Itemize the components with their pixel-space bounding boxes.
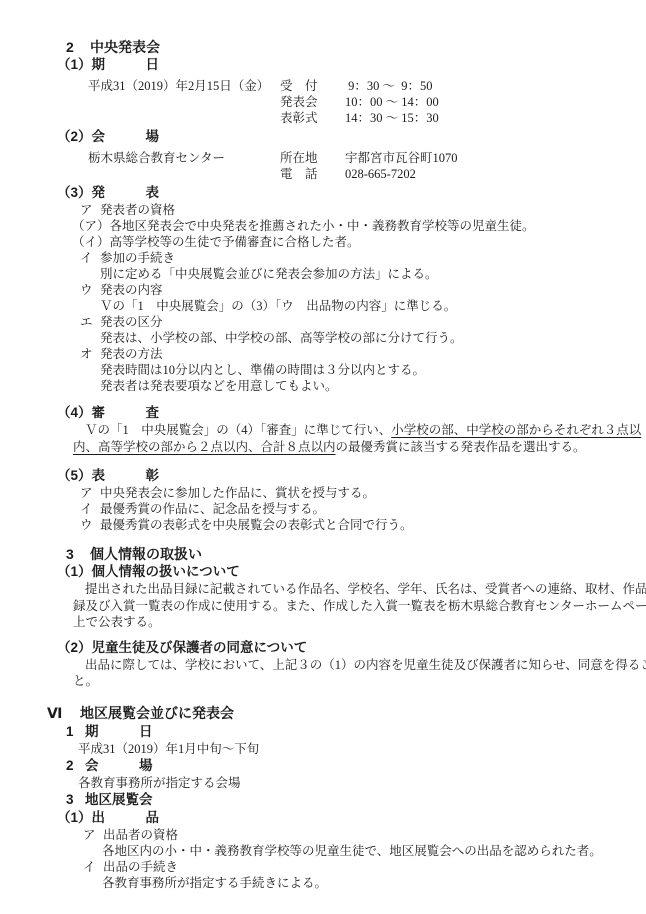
subitem-highschool-students: （イ）高等学校等の生徒で予備審査に合格した者。 bbox=[0, 234, 646, 250]
item-label: オ bbox=[80, 346, 100, 362]
district-heading-venue: 2会 場 bbox=[0, 757, 646, 775]
heading-title: 期 日 bbox=[85, 724, 153, 739]
consent-line-1: 出品に際しては、学校において、上記３の（1）の内容を児童生徒及び保護者に知らせ、… bbox=[73, 657, 646, 674]
commendation-item-souvenir: イ最優秀賞の作品に、記念品を授与する。 bbox=[0, 501, 646, 517]
entry-procedure-body: 各教育事務所が指定する手続きによる。 bbox=[0, 875, 646, 891]
heading-title: 地区展覧会 bbox=[85, 792, 153, 807]
screening-line-2: 内、高等学校の部から２点以内、合計８点以内の最優秀賞に該当する発表作品を選出する… bbox=[73, 439, 646, 456]
period-label-award: 表彰式 bbox=[280, 110, 345, 126]
heading-consent: （2）児童生徒及び保護者の同意について bbox=[0, 639, 646, 657]
consent-paragraph: 出品に際しては、学校において、上記３の（1）の内容を児童生徒及び保護者に知らせ、… bbox=[0, 657, 646, 690]
venue-name: 栃木県総合教育センター bbox=[88, 150, 280, 166]
venue-address: 宇都宮市瓦谷町1070 bbox=[345, 150, 458, 166]
entry-item-qualification: ア出品者の資格 bbox=[0, 827, 646, 843]
item-text: 最優秀賞の表彰式を中央展覧会の表彰式と合同で行う。 bbox=[100, 518, 413, 532]
consent-line-2: と。 bbox=[73, 673, 646, 690]
item-presentation-method: オ発表の方法 bbox=[0, 346, 646, 362]
item-text: 出品者の資格 bbox=[103, 828, 178, 842]
plain-text: Ｖの「1 中央展覧会」の（4）「審査」に準じて行い、 bbox=[85, 423, 391, 437]
screening-paragraph: Ｖの「1 中央展覧会」の（4）「審査」に準じて行い、小学校の部、中学校の部からそ… bbox=[0, 422, 646, 455]
personal-info-paragraph: 提出された出品目録に記載されている作品名、学校名、学年、氏名は、受賞者への連絡、… bbox=[0, 581, 646, 631]
period-row-presentation: 発表会 10：00 ～ 14：00 bbox=[0, 94, 646, 110]
heading-number: 3 bbox=[66, 545, 90, 563]
item-label: イ bbox=[80, 250, 100, 266]
district-heading-period: 1期 日 bbox=[0, 723, 646, 741]
item-label: ウ bbox=[80, 517, 100, 533]
heading-personal-info: 3個人情報の取扱い bbox=[0, 545, 646, 563]
item-label: ウ bbox=[80, 282, 100, 298]
heading-number: Ⅵ bbox=[47, 703, 80, 723]
venue-row-phone: 電 話 028-665-7202 bbox=[0, 166, 646, 182]
item-text: 発表の方法 bbox=[100, 347, 163, 361]
spacer bbox=[88, 166, 280, 182]
heading-number: 3 bbox=[66, 791, 85, 809]
personal-info-line-3: 上で公表する。 bbox=[73, 614, 646, 631]
item-text: 中央発表会に参加した作品に、賞状を授与する。 bbox=[100, 486, 375, 500]
period-row-reception: 平成31（2019）年2月15日（金） 受 付 9：30 ～ 9：50 bbox=[0, 78, 646, 94]
heading-number: 1 bbox=[66, 723, 85, 741]
personal-info-line-1: 提出された出品目録に記載されている作品名、学校名、学年、氏名は、受賞者への連絡、… bbox=[73, 581, 646, 598]
heading-number: 2 bbox=[66, 38, 90, 56]
item-label: ア bbox=[80, 202, 100, 218]
item-participation-procedure: イ参加の手続き bbox=[0, 250, 646, 266]
body-presentation-division: 発表は、小学校の部、中学校の部、高等学校の部に分けて行う。 bbox=[0, 330, 646, 346]
district-heading-exhibition: 3地区展覧会 bbox=[0, 791, 646, 809]
heading-period: （1）期 日 bbox=[0, 56, 646, 74]
heading-screening: （4）審 査 bbox=[0, 404, 646, 422]
body-presentation-time: 発表時間は10分以内とし、準備の時間は３分以内とする。 bbox=[0, 362, 646, 378]
document-page: 2中央発表会 （1）期 日 平成31（2019）年2月15日（金） 受 付 9：… bbox=[0, 0, 646, 914]
item-label: イ bbox=[80, 501, 100, 517]
entry-qualification-body: 各地区内の小・中・義務教育学校等の児童生徒で、地区展覧会への出品を認められた者。 bbox=[0, 843, 646, 859]
heading-central-presentation: 2中央発表会 bbox=[0, 38, 646, 56]
item-presentation-content: ウ発表の内容 bbox=[0, 282, 646, 298]
venue-phone: 028-665-7202 bbox=[345, 166, 416, 182]
period-time-award: 14：30 ～ 15：30 bbox=[345, 110, 439, 126]
entry-item-procedure: イ出品の手続き bbox=[0, 859, 646, 875]
item-presentation-division: エ発表の区分 bbox=[0, 314, 646, 330]
heading-entry: （1）出 品 bbox=[0, 809, 646, 827]
commendation-item-joint-ceremony: ウ最優秀賞の表彰式を中央展覧会の表彰式と合同で行う。 bbox=[0, 517, 646, 533]
district-venue: 各教育事務所が指定する会場 bbox=[0, 775, 646, 791]
period-label-reception: 受 付 bbox=[280, 78, 345, 94]
period-label-presentation: 発表会 bbox=[280, 94, 345, 110]
screening-line-1: Ｖの「1 中央展覧会」の（4）「審査」に準じて行い、小学校の部、中学校の部からそ… bbox=[73, 422, 646, 439]
heading-venue: （2）会 場 bbox=[0, 128, 646, 146]
subitem-recommended-students: （ア）各地区発表会で中央発表を推薦された小・中・義務教育学校等の児童生徒。 bbox=[0, 218, 646, 234]
heading-title: 中央発表会 bbox=[90, 39, 160, 55]
period-date: 平成31（2019）年2月15日（金） bbox=[88, 78, 280, 94]
heading-presentation: （3）発 表 bbox=[0, 184, 646, 202]
spacer bbox=[88, 110, 280, 126]
item-text: 発表の区分 bbox=[100, 315, 163, 329]
body-presentation-handout: 発表者は発表要項などを用意してもよい。 bbox=[0, 378, 646, 394]
spacer bbox=[88, 94, 280, 110]
body-presentation-content: Ｖの「1 中央展覧会」の（3）「ウ 出品物の内容」に準じる。 bbox=[0, 298, 646, 314]
venue-row-address: 栃木県総合教育センター 所在地 宇都宮市瓦谷町1070 bbox=[0, 150, 646, 166]
venue-label-phone: 電 話 bbox=[280, 166, 345, 182]
period-time-presentation: 10：00 ～ 14：00 bbox=[345, 94, 439, 110]
heading-title: 会 場 bbox=[85, 758, 153, 773]
item-label: ア bbox=[83, 827, 103, 843]
item-label: イ bbox=[83, 859, 103, 875]
heading-commendation: （5）表 彰 bbox=[0, 467, 646, 485]
personal-info-line-2: 録及び入賞一覧表の作成に使用する。また、作成した入賞一覧表を栃木県総合教育センタ… bbox=[73, 598, 646, 615]
venue-label-address: 所在地 bbox=[280, 150, 345, 166]
heading-district-exhibition: Ⅵ地区展覧会並びに発表会 bbox=[0, 703, 646, 723]
item-text: 参加の手続き bbox=[100, 251, 175, 265]
underlined-text: 内、高等学校の部から２点以内、合計８点以内 bbox=[73, 440, 336, 454]
underlined-text: 小学校の部、中学校の部からそれぞれ３点以 bbox=[391, 423, 641, 437]
district-period-date: 平成31（2019）年1月中旬～下旬 bbox=[0, 741, 646, 757]
heading-title: 個人情報の取扱い bbox=[90, 546, 202, 562]
item-label: エ bbox=[80, 314, 100, 330]
item-text: 発表者の資格 bbox=[100, 203, 175, 217]
heading-personal-info-handling: （1）個人情報の扱いについて bbox=[0, 563, 646, 581]
commendation-item-certificate: ア中央発表会に参加した作品に、賞状を授与する。 bbox=[0, 485, 646, 501]
heading-number: 2 bbox=[66, 757, 85, 775]
item-text: 出品の手続き bbox=[103, 860, 178, 874]
period-time-reception: 9：30 ～ 9：50 bbox=[345, 78, 433, 94]
period-row-award-ceremony: 表彰式 14：30 ～ 15：30 bbox=[0, 110, 646, 126]
item-label: ア bbox=[80, 485, 100, 501]
item-text: 発表の内容 bbox=[100, 283, 163, 297]
plain-text: の最優秀賞に該当する発表作品を選出する。 bbox=[336, 440, 586, 454]
item-text: 最優秀賞の作品に、記念品を授与する。 bbox=[100, 502, 325, 516]
body-participation-procedure: 別に定める「中央展覧会並びに発表会参加の方法」による。 bbox=[0, 266, 646, 282]
item-presenter-qualification: ア発表者の資格 bbox=[0, 202, 646, 218]
heading-title: 地区展覧会並びに発表会 bbox=[80, 705, 234, 721]
